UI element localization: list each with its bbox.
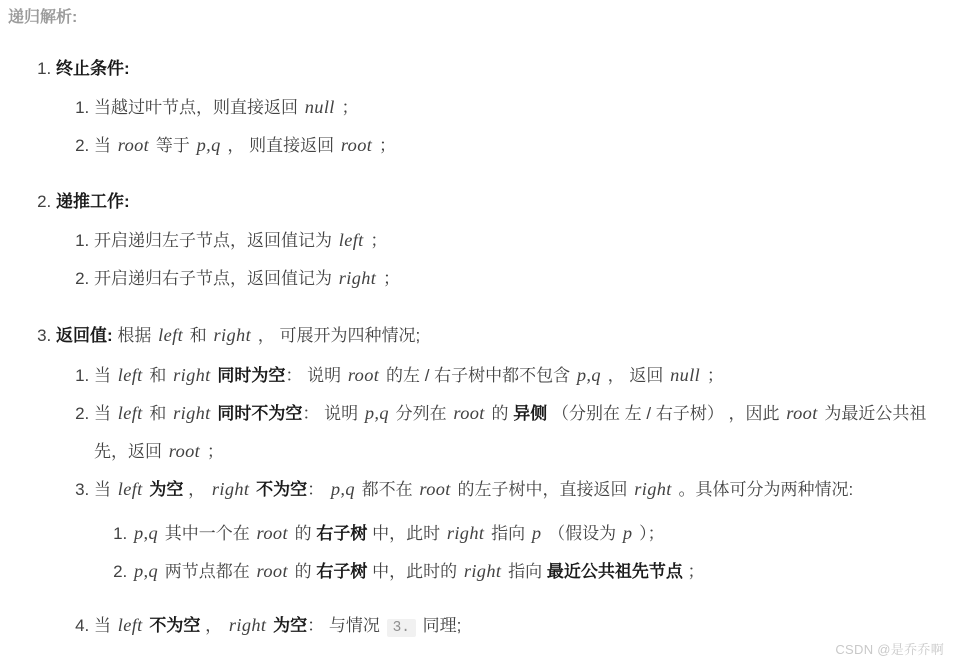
list-item-text: 开启递归右子节点，返回值记为 right ； <box>94 260 945 298</box>
math-variable: root <box>417 479 452 499</box>
article-body: 递归解析: 终止条件:当越过叶节点，则直接返回 null ；当 root 等于 … <box>0 0 953 645</box>
list-item-text: 当 left 和 right 同时不为空： 说明 p,q 分列在 root 的 … <box>94 395 945 471</box>
text-run: 指向 <box>503 562 546 581</box>
list-item: 当 left 不为空 ， right 为空： 与情况 3. 同理; <box>94 607 945 645</box>
math-variable: root <box>255 561 290 581</box>
text-run: ； <box>366 231 388 250</box>
text-run: 中，此时 <box>367 524 444 543</box>
list-item: 开启递归右子节点，返回值记为 right ； <box>94 260 945 298</box>
bold-term: 返回值: <box>56 326 113 345</box>
text-run: ， 返回 <box>603 366 668 385</box>
list-item: 当越过叶节点，则直接返回 null ； <box>94 89 945 127</box>
text-run: ， <box>200 616 226 635</box>
text-run: ， 则直接返回 <box>223 136 339 155</box>
math-variable: root <box>339 135 374 155</box>
math-variable: right <box>212 325 254 345</box>
text-run: ： <box>307 480 329 499</box>
bold-term: 为空 <box>149 480 183 499</box>
list-item-text: 开启递归左子节点，返回值记为 left ； <box>94 222 945 260</box>
text-run: ； <box>683 562 705 581</box>
bold-term: 右子树 <box>316 562 367 581</box>
text-run: ； <box>202 442 224 461</box>
list-item-text: 终止条件: <box>56 51 945 86</box>
list-item-text: p,q 其中一个在 root 的 右子树 中，此时 right 指向 p （假设… <box>132 515 945 553</box>
ordered-list-level-1: 终止条件:当越过叶节点，则直接返回 null ；当 root 等于 p,q ， … <box>8 51 945 645</box>
text-run: 其中一个在 <box>160 524 254 543</box>
math-variable: p <box>530 523 544 543</box>
text-run: 当 <box>94 366 116 385</box>
math-variable: root <box>784 403 819 423</box>
text-run: 和 <box>145 366 171 385</box>
bold-term: 为空 <box>273 616 307 635</box>
math-variable: p,q <box>575 365 603 385</box>
bold-term: 终止条件: <box>56 59 130 78</box>
text-run: 中，此时的 <box>367 562 461 581</box>
math-variable: left <box>116 479 145 499</box>
list-item-text: 当 left 不为空 ， right 为空： 与情况 3. 同理; <box>94 607 945 645</box>
list-item: 当 root 等于 p,q ， 则直接返回 root ； <box>94 127 945 165</box>
text-run: 开启递归右子节点，返回值记为 <box>94 269 337 288</box>
math-variable: p,q <box>363 403 391 423</box>
math-variable: root <box>167 441 202 461</box>
list-item: 当 left 和 right 同时为空： 说明 root 的左 / 右子树中都不… <box>94 357 945 395</box>
bold-term: 同时不为空 <box>217 404 302 423</box>
text-run: 当 <box>94 480 116 499</box>
bold-term: 不为空 <box>149 616 200 635</box>
list-item-text: 返回值: 根据 left 和 right ， 可展开为四种情况; <box>56 317 945 355</box>
text-run: 和 <box>145 404 171 423</box>
text-run: 指向 <box>486 524 529 543</box>
text-run: 的 <box>290 524 316 543</box>
bold-term: 最近公共祖先节点 <box>547 562 683 581</box>
text-run: 当 <box>94 404 116 423</box>
text-run: 当 <box>94 136 116 155</box>
list-item-text: 当越过叶节点，则直接返回 null ； <box>94 89 945 127</box>
list-item: 递推工作:开启递归左子节点，返回值记为 left ；开启递归右子节点，返回值记为… <box>56 184 945 298</box>
text-run: 的 <box>290 562 316 581</box>
bold-term: 不为空 <box>256 480 307 499</box>
math-variable: right <box>445 523 487 543</box>
math-variable: root <box>451 403 486 423</box>
text-run: ； <box>337 98 359 117</box>
text-run: （假设为 <box>543 524 620 543</box>
math-variable: p,q <box>132 561 160 581</box>
text-run: 的 <box>487 404 513 423</box>
bold-term: 异侧 <box>513 404 547 423</box>
math-variable: right <box>210 479 252 499</box>
text-run: 都不在 <box>357 480 417 499</box>
text-run: 同理; <box>418 616 461 635</box>
math-variable: right <box>171 365 213 385</box>
math-variable: root <box>346 365 381 385</box>
text-run: ， 可展开为四种情况; <box>253 326 420 345</box>
math-variable: right <box>632 479 674 499</box>
math-variable: right <box>462 561 504 581</box>
list-item: 当 left 和 right 同时不为空： 说明 p,q 分列在 root 的 … <box>94 395 945 471</box>
text-run: 的左子树中，直接返回 <box>453 480 632 499</box>
math-variable: left <box>116 615 145 635</box>
text-run: ； <box>374 136 396 155</box>
ordered-list-level-2: 当 left 和 right 同时为空： 说明 root 的左 / 右子树中都不… <box>56 357 945 645</box>
ordered-list-level-2: 开启递归左子节点，返回值记为 left ；开启递归右子节点，返回值记为 righ… <box>56 222 945 298</box>
outline-root: 终止条件:当越过叶节点，则直接返回 null ；当 root 等于 p,q ， … <box>8 51 945 645</box>
list-item: 当 left 为空 ， right 不为空： p,q 都不在 root 的左子树… <box>94 471 945 590</box>
math-variable: left <box>337 230 366 250</box>
csdn-watermark: CSDN @是乔乔啊 <box>835 639 944 658</box>
inline-code: 3. <box>387 619 416 637</box>
math-variable: root <box>116 135 151 155</box>
math-variable: right <box>227 615 269 635</box>
text-run: ； <box>702 366 724 385</box>
text-run: 。具体可分为两种情况: <box>674 480 853 499</box>
text-run: 当越过叶节点，则直接返回 <box>94 98 303 117</box>
math-variable: p,q <box>195 135 223 155</box>
math-variable: left <box>116 365 145 385</box>
list-item: 终止条件:当越过叶节点，则直接返回 null ；当 root 等于 p,q ， … <box>56 51 945 165</box>
ordered-list-level-3: p,q 其中一个在 root 的 右子树 中，此时 right 指向 p （假设… <box>94 515 945 591</box>
text-run: 和 <box>185 326 211 345</box>
list-item: 返回值: 根据 left 和 right ， 可展开为四种情况;当 left 和… <box>56 317 945 646</box>
text-run: 两节点都在 <box>160 562 254 581</box>
text-run: ； <box>378 269 400 288</box>
list-item: p,q 两节点都在 root 的 右子树 中，此时的 right 指向 最近公共… <box>132 553 945 591</box>
math-variable: p,q <box>329 479 357 499</box>
math-variable: p,q <box>132 523 160 543</box>
text-run: 开启递归左子节点，返回值记为 <box>94 231 337 250</box>
text-run: ： 说明 <box>302 404 362 423</box>
list-item-text: 当 left 和 right 同时为空： 说明 root 的左 / 右子树中都不… <box>94 357 945 395</box>
bold-term: 右子树 <box>316 524 367 543</box>
list-item-text: 当 root 等于 p,q ， 则直接返回 root ； <box>94 127 945 165</box>
bold-term: 递推工作: <box>56 192 130 211</box>
math-variable: root <box>255 523 290 543</box>
text-run: 的左 / 右子树中都不包含 <box>381 366 575 385</box>
text-run: 分列在 <box>391 404 451 423</box>
list-item-text: p,q 两节点都在 root 的 右子树 中，此时的 right 指向 最近公共… <box>132 553 945 591</box>
text-run: 根据 <box>113 326 156 345</box>
math-variable: null <box>303 97 337 117</box>
math-variable: p <box>621 523 635 543</box>
ordered-list-level-2: 当越过叶节点，则直接返回 null ；当 root 等于 p,q ， 则直接返回… <box>56 89 945 165</box>
text-run: 等于 <box>151 136 194 155</box>
math-variable: right <box>171 403 213 423</box>
text-run: 当 <box>94 616 116 635</box>
list-item: p,q 其中一个在 root 的 右子树 中，此时 right 指向 p （假设… <box>132 515 945 553</box>
text-run: ）； <box>634 524 664 543</box>
text-run: ： 与情况 <box>307 616 384 635</box>
text-run: ， <box>183 480 209 499</box>
text-run: ： 说明 <box>285 366 345 385</box>
math-variable: left <box>116 403 145 423</box>
math-variable: right <box>337 268 379 288</box>
bold-term: 同时为空 <box>217 366 285 385</box>
section-heading: 递归解析: <box>8 7 945 29</box>
math-variable: null <box>668 365 702 385</box>
list-item: 开启递归左子节点，返回值记为 left ； <box>94 222 945 260</box>
list-item-text: 递推工作: <box>56 184 945 219</box>
math-variable: left <box>156 325 185 345</box>
list-item-text: 当 left 为空 ， right 不为空： p,q 都不在 root 的左子树… <box>94 471 945 509</box>
text-run: （分别在 左 / 右子树） ，因此 <box>547 404 784 423</box>
